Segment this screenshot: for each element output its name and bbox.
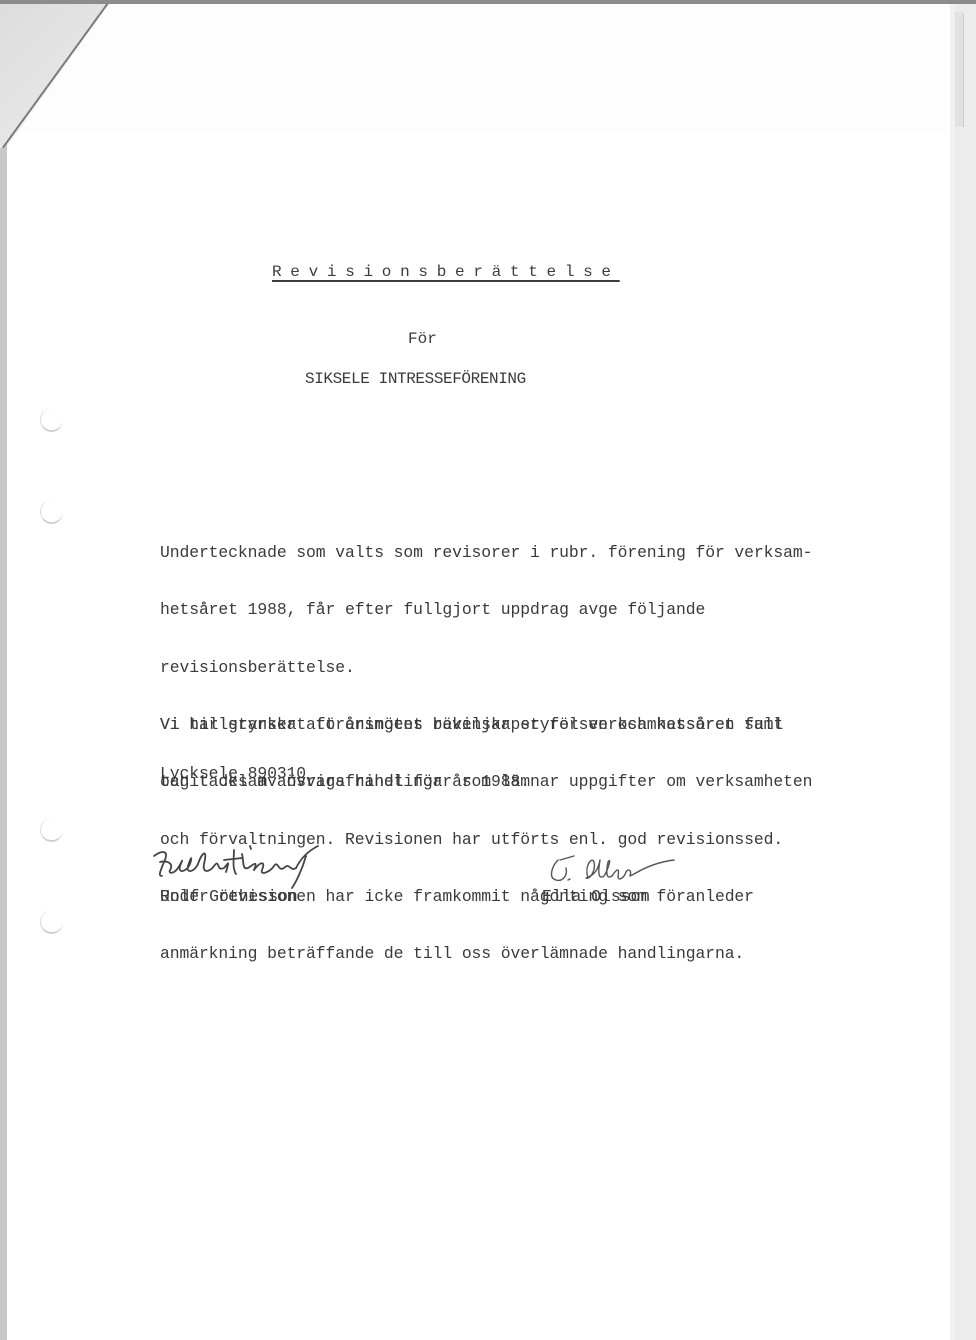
document-subtitle: För: [408, 330, 437, 348]
text-line: Vi tillstyrker att årsmötet beviljar sty…: [160, 715, 783, 734]
place-date: Lycksele 890310: [160, 764, 306, 783]
paragraph-discharge: Vi tillstyrker att årsmötet beviljar sty…: [160, 677, 783, 811]
text-line: Undertecknade som valts som revisorer i …: [160, 543, 812, 562]
punch-hole-icon: [40, 500, 63, 524]
signatory-name: Rolf Göthesson: [160, 887, 298, 906]
organization-name: SIKSELE INTRESSEFÖRENING: [305, 370, 526, 388]
left-page-edge: [0, 0, 7, 1340]
document-title: Revisionsberättelse: [272, 263, 620, 281]
text-line: anmärkning beträffande de till oss överl…: [160, 944, 812, 963]
signatory-name: Ella Olsson: [542, 887, 650, 906]
right-page-edge: [955, 0, 976, 1340]
scanner-top-edge: [0, 0, 976, 4]
page-tab-edge: [955, 12, 964, 127]
punch-hole-icon: [40, 408, 63, 432]
punch-hole-icon: [40, 910, 63, 934]
signature-icon: [548, 852, 678, 888]
signature-icon: [150, 842, 325, 890]
text-line: revisionsberättelse.: [160, 658, 812, 677]
text-line: hetsåret 1988, får efter fullgjort uppdr…: [160, 600, 812, 619]
punch-hole-icon: [40, 818, 63, 842]
